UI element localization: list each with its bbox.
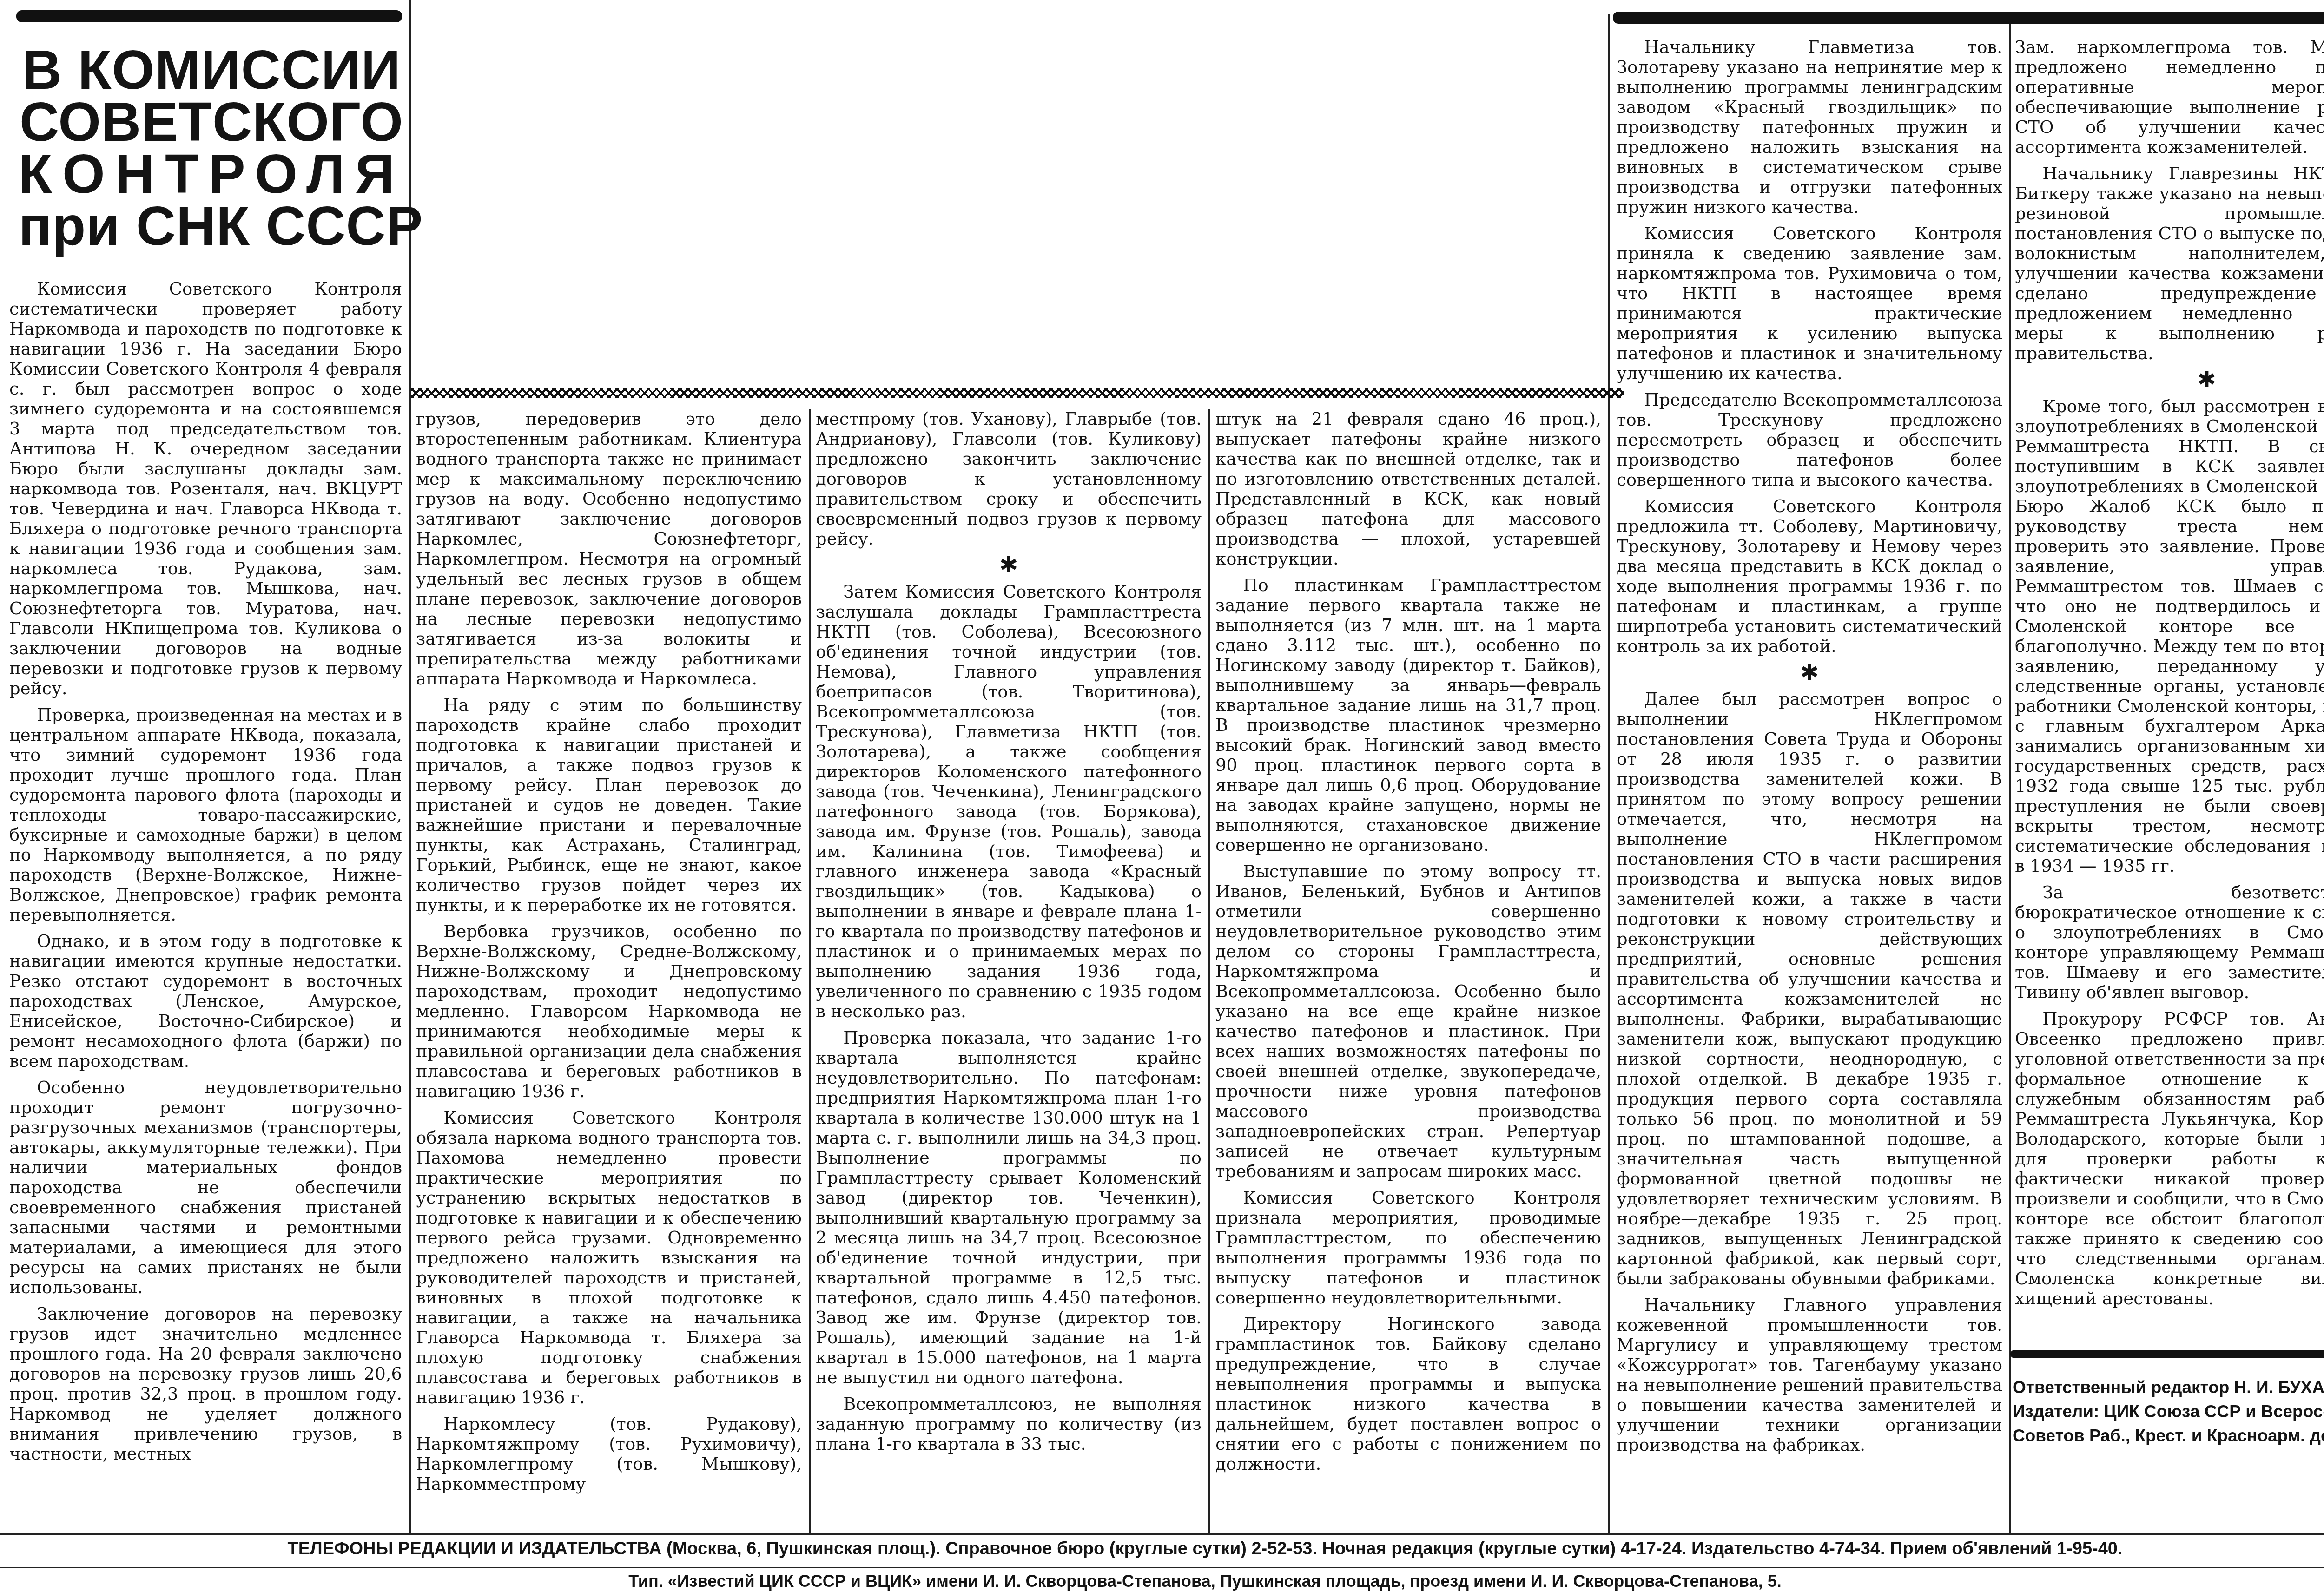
editorial-phones: ТЕЛЕФОНЫ РЕДАКЦИИ И ИЗДАТЕЛЬСТВА (Москва… xyxy=(0,1539,2324,1559)
paragraph: Заключение договоров на перевозку грузов… xyxy=(9,1304,402,1464)
paragraph: грузов, передоверив это дело второстепен… xyxy=(416,409,802,689)
paragraph: местпрому (тов. Уханову), Главрыбе (тов.… xyxy=(816,409,1202,549)
wavy-divider xyxy=(411,388,1624,398)
article-column-6: Зам. наркомлегпрома тов. Мышкову предлож… xyxy=(2015,37,2324,1315)
paragraph: Проверка показала, что задание 1-го квар… xyxy=(816,1028,1202,1388)
paragraph: Комиссия Советского Контроля приняла к с… xyxy=(1617,224,2002,383)
footer-rule xyxy=(0,1533,2324,1535)
paragraph: За безответственное, бюрократическое отн… xyxy=(2015,882,2324,1002)
paragraph: На ряду с этим по большинству пароходств… xyxy=(416,695,802,915)
responsible-editor: Ответственный редактор Н. И. БУХАРИН. xyxy=(2013,1375,2324,1400)
paragraph: Проверка, произведенная на местах и в це… xyxy=(9,705,402,925)
article-headline: В КОМИССИИ СОВЕТСКОГО КОНТРОЛЯ при СНК С… xyxy=(19,44,404,252)
section-star-divider: ✱ xyxy=(2015,370,2324,390)
paragraph: Председателю Всекопромметаллсоюза тов. Т… xyxy=(1617,390,2002,490)
paragraph: Начальнику Главметиза тов. Золотареву ук… xyxy=(1617,37,2002,217)
paragraph: Зам. наркомлегпрома тов. Мышкову предлож… xyxy=(2015,37,2324,157)
section-star-divider: ✱ xyxy=(1617,663,2002,683)
paragraph: Выступавшие по этому вопросу тт. Иванов,… xyxy=(1215,862,1601,1181)
masthead-imprint: Ответственный редактор Н. И. БУХАРИН. Из… xyxy=(2013,1375,2324,1448)
headline-line: В КОМИССИИ xyxy=(19,44,404,96)
headline-line: СОВЕТСКОГО xyxy=(19,96,404,148)
article-column-3: местпрому (тов. Уханову), Главрыбе (тов.… xyxy=(816,409,1202,1460)
paragraph: По пластинкам Грампласттрестом задание п… xyxy=(1215,575,1601,855)
printer-line: Тип. «Известий ЦИК СССР и ВЦИК» имени И.… xyxy=(0,1572,2324,1591)
publishers: Издатели: ЦИК Союза ССР и Всеросс. ЦИК С… xyxy=(2013,1400,2324,1448)
paragraph: Вербовка грузчиков, особенно по Верхне-В… xyxy=(416,921,802,1101)
column-rule xyxy=(2009,19,2011,1533)
paragraph: Директору Ногинского завода грампластино… xyxy=(1215,1314,1601,1474)
paragraph: Наркомлесу (тов. Рудакову), Наркомтяжпро… xyxy=(416,1414,802,1494)
paragraph: Всекопромметаллсоюз, не выполняя заданну… xyxy=(816,1394,1202,1454)
article-column-2: грузов, передоверив это дело второстепен… xyxy=(416,409,802,1500)
section-star-divider: ✱ xyxy=(816,555,1202,575)
paragraph: Затем Комиссия Советского Контроля заслу… xyxy=(816,582,1202,1021)
imprint-bar xyxy=(2010,1350,2324,1358)
paragraph: Комиссия Советского Контроля признала ме… xyxy=(1215,1188,1601,1308)
paragraph: Комиссия Советского Контроля предложила … xyxy=(1617,496,2002,656)
paragraph: Далее был рассмотрен вопрос о выполнении… xyxy=(1617,689,2002,1289)
right-top-bar xyxy=(1613,12,2324,24)
headline-line: при СНК СССР xyxy=(19,200,404,252)
article-column-1: Комиссия Советского Контроля систематиче… xyxy=(9,279,402,1470)
paragraph: Комиссия Советского Контроля обязала нар… xyxy=(416,1108,802,1408)
paragraph: Начальнику Главрезины НКТП тов. Биткеру … xyxy=(2015,164,2324,363)
headline-top-bar xyxy=(16,10,402,22)
column-rule xyxy=(809,409,811,1533)
paragraph: Однако, и в этом году в подготовке к нав… xyxy=(9,931,402,1071)
column-rule xyxy=(1208,409,1210,1533)
paragraph: штук на 21 февраля сдано 46 проц.), выпу… xyxy=(1215,409,1601,569)
paragraph: Комиссия Советского Контроля систематиче… xyxy=(9,279,402,698)
footer-rule xyxy=(0,1567,2324,1568)
paragraph: Прокурору РСФСР тов. Антонову-Овсеенко п… xyxy=(2015,1009,2324,1309)
paragraph: Особенно неудовлетворительно проходит ре… xyxy=(9,1078,402,1297)
paragraph: Начальнику Главного управления кожевенно… xyxy=(1617,1295,2002,1455)
paragraph: Кроме того, был рассмотрен вопрос о злоу… xyxy=(2015,396,2324,876)
article-column-5: Начальнику Главметиза тов. Золотареву ук… xyxy=(1617,37,2002,1461)
headline-line: КОНТРОЛЯ xyxy=(19,148,404,200)
article-column-4: штук на 21 февраля сдано 46 проц.), выпу… xyxy=(1215,409,1601,1480)
column-rule xyxy=(1608,14,1610,1533)
